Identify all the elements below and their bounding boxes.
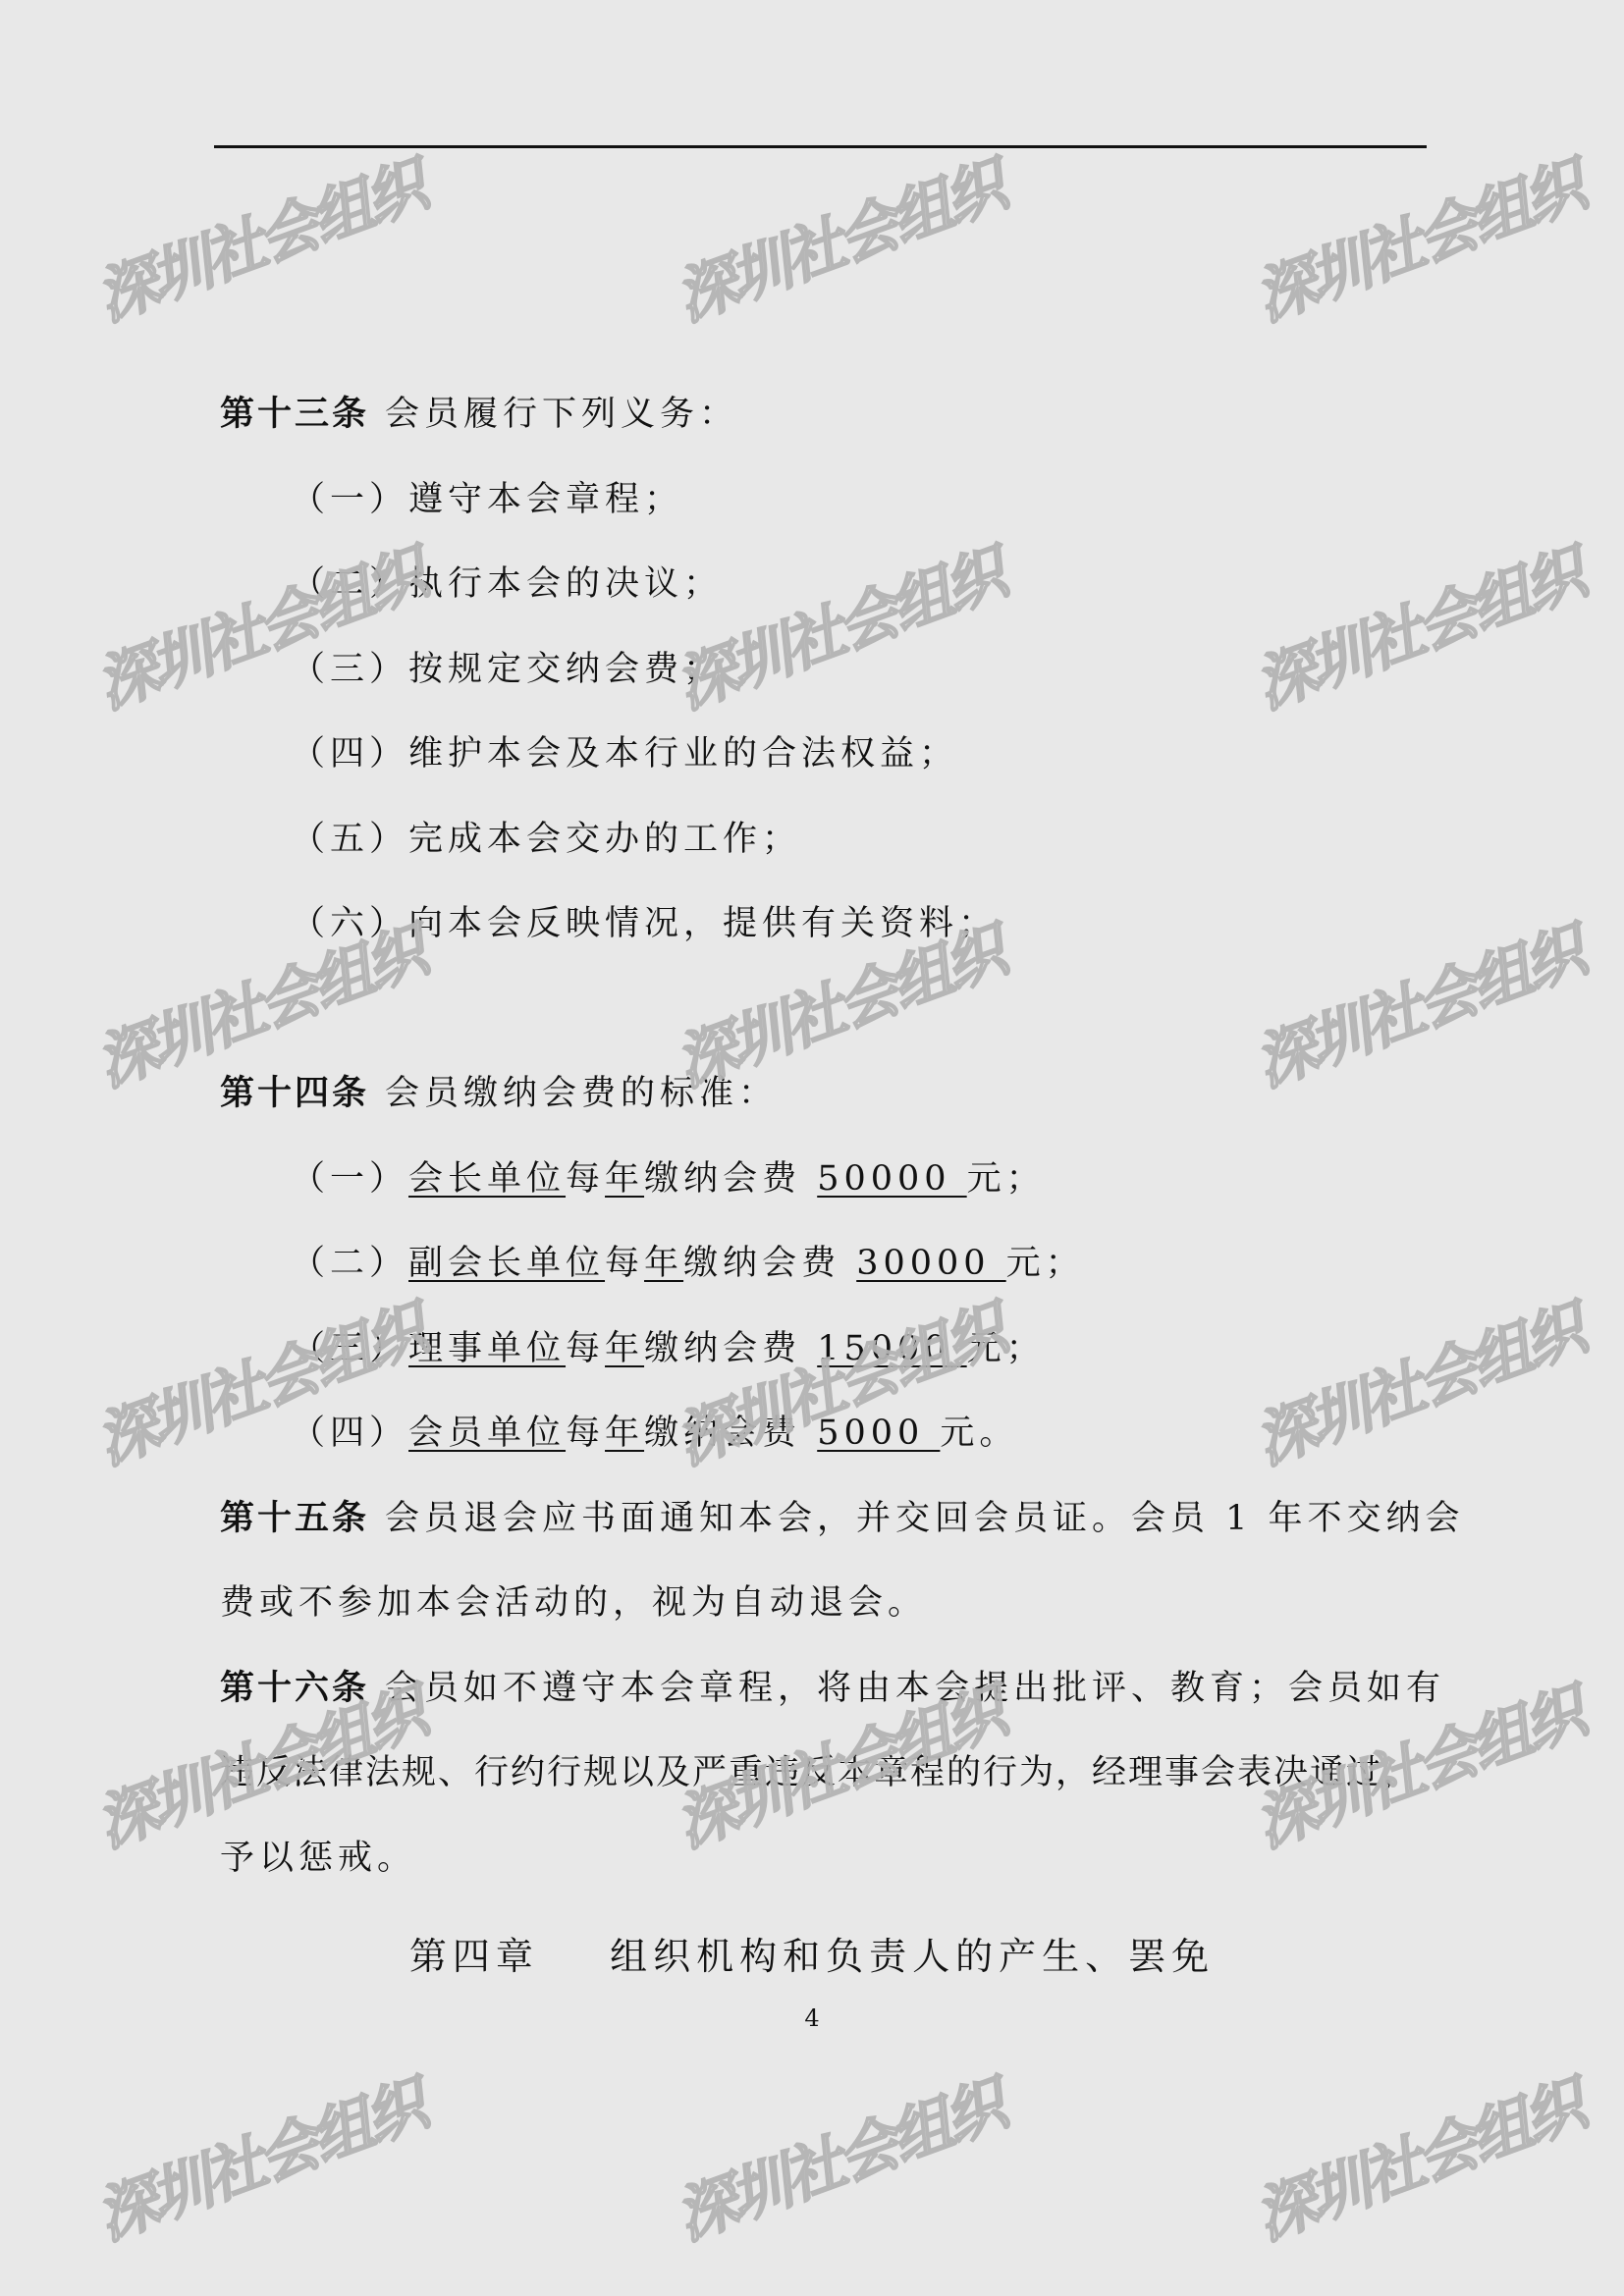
text: 每 bbox=[566, 1329, 605, 1368]
year-text: 年 bbox=[644, 1244, 683, 1283]
fee-amount: 30000 bbox=[856, 1244, 1005, 1283]
article-label: 第十三条 bbox=[220, 394, 369, 434]
article-15-line-1: 第十五条会员退会应书面通知本会，并交回会员证。会员 1 年不交纳会 bbox=[220, 1497, 1465, 1540]
article-14-heading: 第十四条会员缴纳会费的标准： bbox=[220, 1072, 778, 1115]
item-number: （一） bbox=[291, 1159, 408, 1199]
item-number: （二） bbox=[291, 1244, 408, 1283]
article-16-line-1: 第十六条会员如不遵守本会章程，将由本会提出批评、教育；会员如有 bbox=[220, 1667, 1445, 1710]
member-unit: 理事单位 bbox=[408, 1329, 566, 1368]
fee-amount: 15000 bbox=[817, 1329, 966, 1368]
article-label: 第十五条 bbox=[220, 1498, 369, 1538]
list-item: （三）按规定交纳会费； bbox=[291, 648, 723, 691]
header-rule bbox=[214, 145, 1427, 148]
member-unit: 会员单位 bbox=[408, 1414, 566, 1453]
member-unit: 副会长单位 bbox=[408, 1244, 605, 1283]
text: 缴纳会费 bbox=[644, 1414, 817, 1453]
document-page: 第十三条会员履行下列义务： （一）遵守本会章程； （二）执行本会的决议； （三）… bbox=[0, 0, 1624, 2296]
article-13-heading: 第十三条会员履行下列义务： bbox=[220, 393, 738, 436]
page-number: 4 bbox=[0, 2004, 1624, 2032]
text: 元； bbox=[967, 1329, 1046, 1368]
fee-item: （四）会员单位每年缴纳会费 5000 元。 bbox=[291, 1412, 1018, 1455]
list-item: （二）执行本会的决议； bbox=[291, 562, 723, 606]
year-text: 年 bbox=[605, 1414, 644, 1453]
article-label: 第十四条 bbox=[220, 1073, 369, 1113]
text: 缴纳会费 bbox=[644, 1329, 817, 1368]
article-16-line-3: 予以惩戒。 bbox=[220, 1837, 416, 1880]
list-item: （六）向本会反映情况，提供有关资料； bbox=[291, 902, 998, 945]
year-text: 年 bbox=[605, 1159, 644, 1199]
text: 元； bbox=[1006, 1244, 1085, 1283]
chapter-title: 第四章 组织机构和负责人的产生、罢免 bbox=[0, 1926, 1624, 1980]
article-text: 会员如不遵守本会章程，将由本会提出批评、教育；会员如有 bbox=[385, 1669, 1445, 1708]
text: 每 bbox=[566, 1159, 605, 1199]
member-unit: 会长单位 bbox=[408, 1159, 566, 1199]
text: 元； bbox=[967, 1159, 1046, 1199]
list-item: （一）遵守本会章程； bbox=[291, 478, 683, 521]
article-text: 会员履行下列义务： bbox=[385, 395, 738, 434]
text: 缴纳会费 bbox=[644, 1159, 817, 1199]
fee-item: （二）副会长单位每年缴纳会费 30000 元； bbox=[291, 1242, 1085, 1285]
fee-amount: 50000 bbox=[817, 1159, 966, 1199]
text: 每 bbox=[605, 1244, 644, 1283]
article-text: 会员缴纳会费的标准： bbox=[385, 1074, 778, 1113]
fee-item: （一）会长单位每年缴纳会费 50000 元； bbox=[291, 1157, 1046, 1201]
article-text: 会员退会应书面通知本会，并交回会员证。会员 1 年不交纳会 bbox=[385, 1499, 1465, 1538]
article-15-line-2: 费或不参加本会活动的，视为自动退会。 bbox=[220, 1581, 927, 1625]
list-item: （四）维护本会及本行业的合法权益； bbox=[291, 732, 958, 775]
text: 每 bbox=[566, 1414, 605, 1453]
article-16-line-2: 违反法律法规、行约行规以及严重违反本章程的行为，经理事会表决通过， bbox=[220, 1751, 1419, 1794]
year-text: 年 bbox=[605, 1329, 644, 1368]
text: 元。 bbox=[940, 1414, 1018, 1453]
item-number: （四） bbox=[291, 1414, 408, 1453]
fee-item: （三）理事单位每年缴纳会费 15000 元； bbox=[291, 1327, 1046, 1370]
list-item: （五）完成本会交办的工作； bbox=[291, 818, 801, 861]
text: 缴纳会费 bbox=[683, 1244, 856, 1283]
fee-amount: 5000 bbox=[817, 1414, 940, 1453]
item-number: （三） bbox=[291, 1329, 408, 1368]
article-label: 第十六条 bbox=[220, 1668, 369, 1708]
